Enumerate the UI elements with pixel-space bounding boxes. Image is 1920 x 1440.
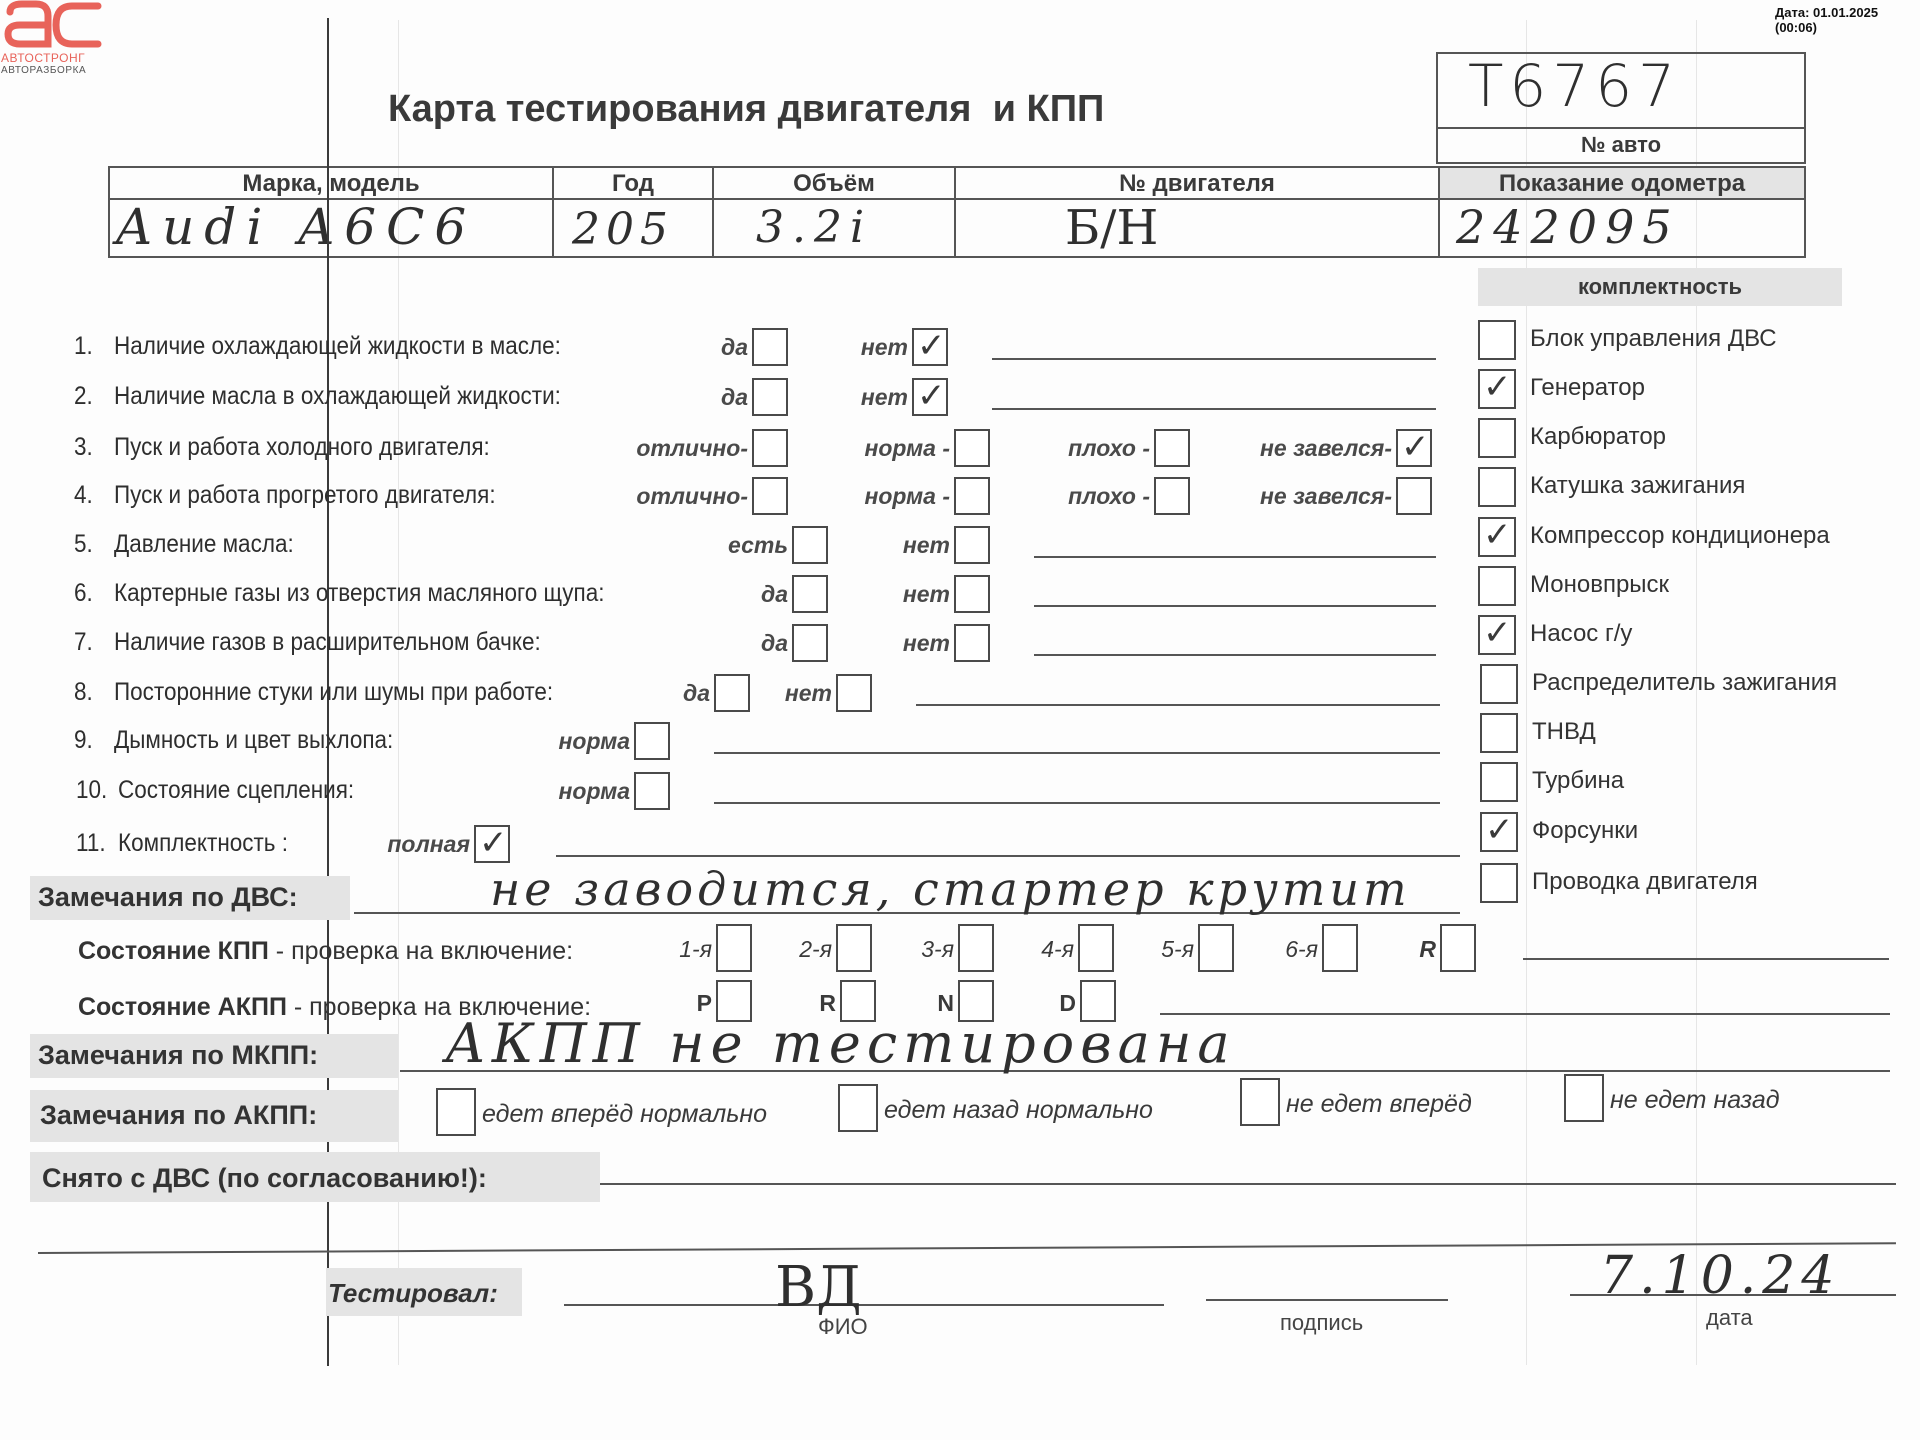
company-logo: АВТОСТРОНГ АВТОРАЗБОРКА <box>0 0 105 78</box>
option-label: плохо - <box>984 483 1150 510</box>
completeness-item-label: Насос г/у <box>1530 620 1632 648</box>
question-text: Комплектность : <box>118 829 288 858</box>
option-label: нет <box>784 630 950 657</box>
completeness-item-label: ТНВД <box>1532 718 1596 746</box>
gear-checkbox[interactable] <box>958 924 994 972</box>
question-text: Наличие охлаждающей жидкости в масле: <box>114 332 561 361</box>
completeness-item-label: Форсунки <box>1532 817 1638 845</box>
question-text: Давление масла: <box>114 530 294 559</box>
completeness-title: комплектность <box>1478 274 1842 300</box>
option-checkbox[interactable]: ✓ <box>1396 429 1432 467</box>
test-date-value[interactable]: 7.10.24 <box>1600 1246 1840 1306</box>
completeness-checkbox[interactable] <box>1478 320 1516 360</box>
gear-checkbox[interactable] <box>1078 924 1114 972</box>
completeness-checkbox[interactable] <box>1480 713 1518 753</box>
gear-checkbox[interactable] <box>1322 924 1358 972</box>
question-number: 2. <box>74 382 93 411</box>
check-mark-icon: ✓ <box>1483 515 1512 555</box>
gear-label: 6-я <box>1278 936 1318 963</box>
gear-checkbox[interactable] <box>1198 924 1234 972</box>
option-label: нет <box>784 581 950 608</box>
notes-line <box>992 408 1436 410</box>
completeness-checkbox[interactable] <box>1478 418 1516 458</box>
logo-sub: АВТОРАЗБОРКА <box>1 65 86 76</box>
engine-remarks-label: Замечания по ДВС: <box>38 882 298 913</box>
completeness-checkbox[interactable]: ✓ <box>1480 812 1518 852</box>
option-label: да <box>622 630 788 657</box>
completeness-checkbox[interactable]: ✓ <box>1478 517 1516 557</box>
gear-label: 5-я <box>1154 936 1194 963</box>
completeness-item-label: Катушка зажигания <box>1530 472 1745 500</box>
completeness-checkbox[interactable] <box>1478 467 1516 507</box>
col-header-make-model: Марка, модель <box>110 170 552 198</box>
completeness-item-label: Проводка двигателя <box>1532 868 1758 896</box>
option-label: норма - <box>784 483 950 510</box>
option-checkbox[interactable] <box>836 674 872 712</box>
question-text: Наличие масла в охлаждающей жидкости: <box>114 382 561 411</box>
option-checkbox[interactable]: ✓ <box>912 378 948 416</box>
akpp-remark-label: не едет вперёд <box>1286 1090 1472 1119</box>
volume-value: 3.2i <box>756 202 872 253</box>
gear-label: 4-я <box>1034 936 1074 963</box>
check-mark-icon: ✓ <box>917 376 946 416</box>
auto-remarks-label: Замечания по АКПП: <box>40 1100 317 1131</box>
signoff-label: Тестировал: <box>328 1278 498 1309</box>
check-mark-icon: ✓ <box>1483 367 1512 407</box>
removed-line <box>600 1183 1896 1185</box>
name-line <box>564 1304 1164 1306</box>
year-value: 205 <box>572 204 674 255</box>
completeness-item-label: Карбюратор <box>1530 423 1666 451</box>
auto-number-value: T6767 <box>1468 52 1681 120</box>
akpp-remark-checkbox[interactable] <box>436 1088 476 1136</box>
date-caption: дата <box>1706 1305 1753 1331</box>
question-text: Дымность и цвет выхлопа: <box>114 726 393 755</box>
manual-gearbox-label-bold: Состояние КПП <box>78 937 269 965</box>
completeness-item-label: Турбина <box>1532 767 1624 795</box>
col-header-volume: Объём <box>714 170 954 198</box>
signature-caption: подпись <box>1280 1310 1363 1336</box>
option-checkbox[interactable] <box>1154 477 1190 515</box>
notes-line <box>1034 556 1436 558</box>
question-number: 8. <box>74 678 93 707</box>
option-label: отлично- <box>582 435 748 462</box>
manual-gearbox-line <box>1523 958 1889 960</box>
manual-remarks-value[interactable]: АКПП не тестирована <box>445 1012 1236 1075</box>
logo-brand: АВТОСТРОНГ <box>1 51 85 65</box>
akpp-remark-label: не едет назад <box>1610 1086 1780 1115</box>
question-number: 6. <box>74 579 93 608</box>
question-text: Пуск и работа холодного двигателя: <box>114 433 490 462</box>
question-number: 5. <box>74 530 93 559</box>
option-checkbox[interactable] <box>752 477 788 515</box>
option-label: да <box>622 581 788 608</box>
option-checkbox[interactable] <box>752 429 788 467</box>
option-checkbox[interactable] <box>954 526 990 564</box>
option-checkbox[interactable] <box>634 772 670 810</box>
engine-remarks-line-top <box>556 855 1460 857</box>
completeness-checkbox[interactable]: ✓ <box>1478 369 1516 409</box>
question-number: 7. <box>74 628 93 657</box>
option-checkbox[interactable] <box>954 575 990 613</box>
manual-gearbox-label-rest: - проверка на включение: <box>269 937 573 965</box>
option-checkbox[interactable] <box>634 722 670 760</box>
option-checkbox[interactable] <box>1154 429 1190 467</box>
col-header-odometer: Показание одометра <box>1440 170 1804 198</box>
question-number: 10. <box>76 776 107 805</box>
completeness-item-label: Блок управления ДВС <box>1530 325 1777 353</box>
auto-gearbox-label-bold: Состояние АКПП <box>78 993 287 1021</box>
option-checkbox[interactable] <box>1396 477 1432 515</box>
completeness-item-label: Компрессор кондиционера <box>1530 522 1830 550</box>
auto-number-box: T6767 № авто <box>1436 52 1806 164</box>
signature-line <box>1206 1299 1448 1301</box>
question-number: 3. <box>74 433 93 462</box>
option-checkbox[interactable] <box>954 624 990 662</box>
akpp-remark-checkbox[interactable] <box>1240 1078 1280 1126</box>
option-label: не завелся- <box>1226 435 1392 462</box>
check-mark-icon: ✓ <box>1401 427 1430 467</box>
gear-label: 1-я <box>672 936 712 963</box>
completeness-item-label: Моновпрыск <box>1530 571 1669 599</box>
option-label: плохо - <box>984 435 1150 462</box>
option-label: нет <box>742 334 908 361</box>
tester-name-value[interactable]: ВД <box>775 1255 862 1320</box>
completeness-item-label: Генератор <box>1530 374 1645 402</box>
question-text: Пуск и работа прогретого двигателя: <box>114 481 496 510</box>
name-caption: ФИО <box>818 1314 868 1340</box>
gear-checkbox[interactable] <box>1440 924 1476 972</box>
question-text: Посторонние стуки или шумы при работе: <box>114 678 553 707</box>
option-label: есть <box>622 532 788 559</box>
question-number: 1. <box>74 332 93 361</box>
completeness-checkbox[interactable] <box>1480 664 1518 704</box>
removed-label: Снято с ДВС (по согласованию!): <box>42 1163 487 1194</box>
col-header-engine-number: № двигателя <box>956 170 1438 198</box>
print-date: Дата: 01.01.2025 (00:06) <box>1775 5 1920 35</box>
option-label: норма <box>464 778 630 805</box>
question-text: Состояние сцепления: <box>118 776 354 805</box>
check-mark-icon: ✓ <box>917 326 946 366</box>
option-label: да <box>582 384 748 411</box>
gear-checkbox[interactable] <box>716 924 752 972</box>
notes-line <box>1034 654 1436 656</box>
question-text: Картерные газы из отверстия масляного щу… <box>114 579 604 608</box>
question-number: 9. <box>74 726 93 755</box>
notes-line <box>916 704 1440 706</box>
akpp-remark-label: едет назад нормально <box>884 1096 1153 1125</box>
gear-label: 2-я <box>792 936 832 963</box>
option-label: нет <box>742 384 908 411</box>
option-label: полная <box>304 831 470 858</box>
option-checkbox[interactable]: ✓ <box>912 328 948 366</box>
notes-line <box>992 358 1436 360</box>
akpp-remark-checkbox[interactable] <box>1564 1074 1604 1122</box>
manual-remarks-label: Замечания по МКПП: <box>38 1040 318 1071</box>
question-number: 4. <box>74 481 93 510</box>
make-model-value: Audi A6C6 <box>116 198 476 256</box>
auto-gearbox-line <box>1160 1013 1890 1015</box>
option-checkbox[interactable]: ✓ <box>474 825 510 863</box>
check-mark-icon: ✓ <box>1485 810 1514 850</box>
gear-label: R <box>1396 936 1436 963</box>
question-text: Наличие газов в расширительном бачке: <box>114 628 541 657</box>
completeness-checkbox[interactable] <box>1480 863 1518 903</box>
engine-number-value: Б/Н <box>1065 200 1158 256</box>
auto-number-label: № авто <box>1438 132 1804 158</box>
completeness-checkbox[interactable] <box>1480 762 1518 802</box>
engine-remarks-value[interactable]: не заводится, стартер крутит <box>490 862 1411 916</box>
gear-checkbox[interactable] <box>836 924 872 972</box>
option-label: не завелся- <box>1226 483 1392 510</box>
option-label: да <box>582 334 748 361</box>
notes-line <box>714 752 1440 754</box>
option-label: нет <box>784 532 950 559</box>
page-title: Карта тестирования двигателя и КПП <box>388 88 1104 131</box>
option-label: норма <box>464 728 630 755</box>
question-number: 11. <box>76 829 106 858</box>
vehicle-table: Марка, модель Год Объём № двигателя Пока… <box>108 166 1806 258</box>
gear-label: 3-я <box>914 936 954 963</box>
logo-ac-icon <box>2 0 102 50</box>
completeness-checkbox[interactable]: ✓ <box>1478 615 1516 655</box>
col-header-year: Год <box>554 170 712 198</box>
completeness-checkbox[interactable] <box>1478 566 1516 606</box>
notes-line <box>714 802 1440 804</box>
option-label: норма - <box>784 435 950 462</box>
option-label: отлично- <box>582 483 748 510</box>
manual-gearbox-label: Состояние КПП - проверка на включение: <box>78 937 573 966</box>
check-mark-icon: ✓ <box>1483 613 1512 653</box>
option-label: нет <box>666 680 832 707</box>
notes-line <box>1034 605 1436 607</box>
check-mark-icon: ✓ <box>479 823 508 863</box>
akpp-remark-checkbox[interactable] <box>838 1084 878 1132</box>
odometer-value: 242095 <box>1456 200 1680 254</box>
akpp-remark-label: едет вперёд нормально <box>482 1100 767 1129</box>
completeness-item-label: Распределитель зажигания <box>1532 669 1837 697</box>
